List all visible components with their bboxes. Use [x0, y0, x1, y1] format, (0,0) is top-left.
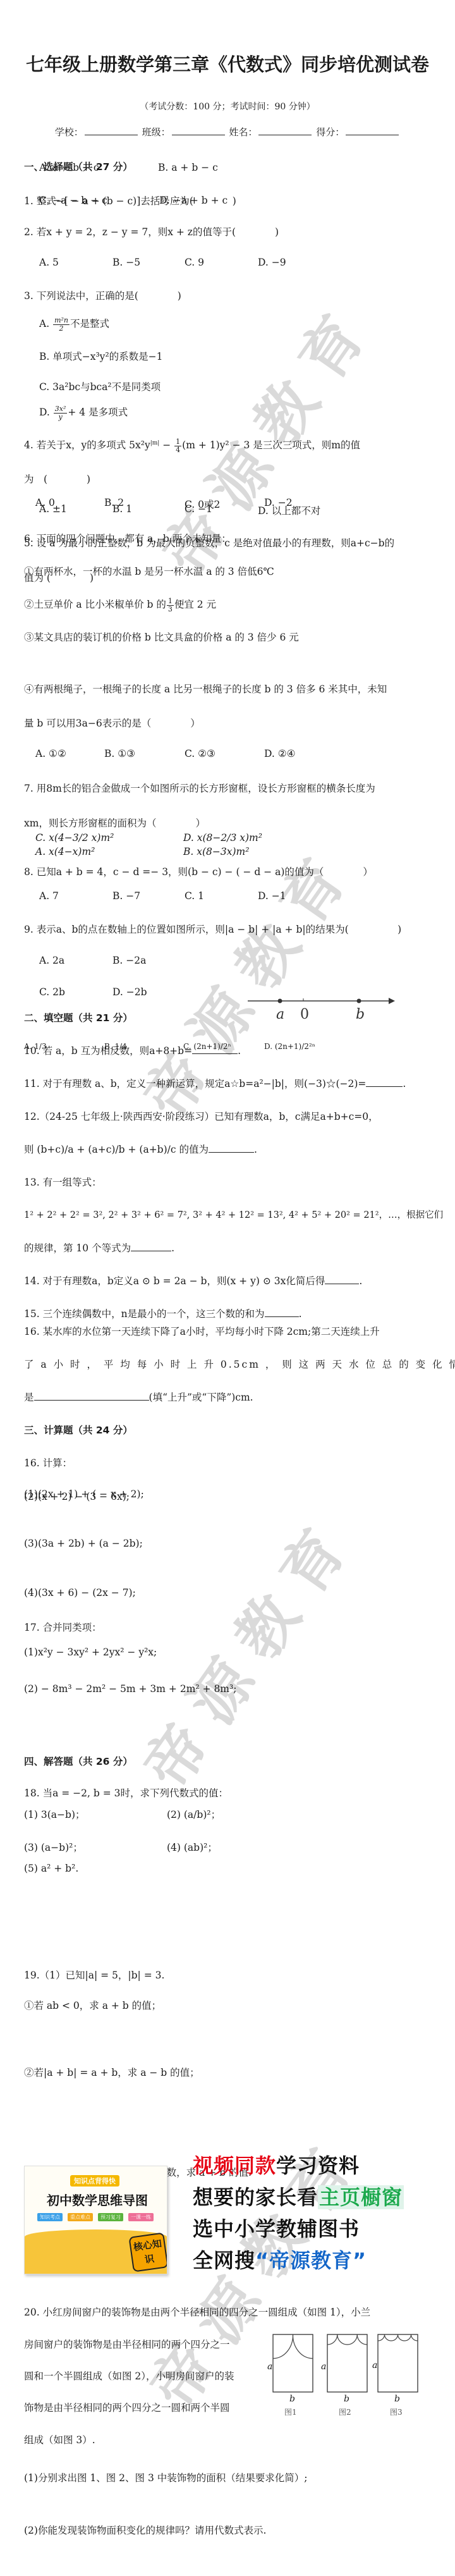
- q1-option-d[interactable]: D. −a + b + c: [159, 195, 227, 206]
- name-field[interactable]: [258, 126, 312, 135]
- q9-option-b[interactable]: B. −2a: [112, 955, 146, 966]
- watermark: 帝源教育: [121, 1495, 372, 1803]
- book-chip: 预习复习: [98, 2213, 123, 2221]
- q2-option-b[interactable]: B. −5: [112, 257, 140, 268]
- book-badge: 核心知识: [128, 2232, 167, 2272]
- q5-option-c[interactable]: C. 0或2: [185, 497, 220, 511]
- answer-blank[interactable]: [192, 1045, 238, 1054]
- answer-blank[interactable]: [366, 1077, 403, 1087]
- fraction: 13: [167, 598, 174, 613]
- q6-option-a[interactable]: A. ①②: [35, 748, 66, 759]
- q7-option-a[interactable]: A. x(4−x)m²: [35, 846, 95, 857]
- option-text: 不是整式: [70, 318, 109, 329]
- q8-option-a[interactable]: A. 7: [39, 890, 59, 902]
- question-19: 19.（1）已知|a| = 5，|b| = 3.: [24, 1968, 164, 1982]
- answer-blank[interactable]: [34, 1391, 149, 1401]
- question-20-cont: 饰物是由半径相同的两个四分之一圆和两个半圆: [24, 2400, 230, 2414]
- question-16-calc: 16. 计算：: [24, 1456, 72, 1469]
- page-title: 七年级上册数学第三章《代数式》同步培优测试卷: [0, 51, 455, 77]
- book-chip: 知识考点: [37, 2213, 63, 2221]
- q8-option-d[interactable]: D. −1: [258, 890, 286, 902]
- answer-blank[interactable]: [209, 1143, 254, 1153]
- fig1-bottom-label: b: [289, 2394, 295, 2404]
- book-title: 初中数学思维导图: [31, 2190, 164, 2209]
- question-16-cont: 了 a 小 时 ， 平 均 每 小 时 上 升 0.5cm ， 则 这 两 天 …: [24, 1357, 455, 1371]
- number-line-figure: [246, 996, 398, 1031]
- q3-option-d[interactable]: D. 3x²y+ 4 是多项式: [39, 405, 128, 421]
- question-20-cont: 房间窗户的装饰物是由半径相同的两个四分之一: [24, 2337, 230, 2351]
- fig2-side-label: a: [321, 2362, 326, 2372]
- question-8: 8. 已知a + b = 4，c − d =− 3，则(b − c) − ( −…: [24, 864, 373, 878]
- q3-option-b[interactable]: B. 单项式−x³y²的系数是−1: [39, 349, 163, 363]
- question-17: 17. 合并同类项：: [24, 1620, 102, 1634]
- question-15: 15. 三个连续偶数中，n是最小的一个，这三个数的和为.: [24, 1306, 302, 1320]
- q18-item-5: (5) a² + b².: [24, 1863, 78, 1874]
- score-label: 得分：: [316, 126, 344, 138]
- q9-option-a[interactable]: A. 2a: [39, 955, 64, 966]
- fig1-caption: 图1: [284, 2407, 297, 2417]
- combine-item-1: (1)x²y − 3xy² + 2yx² − y²x;: [24, 1647, 157, 1658]
- q18-item-4: (4) (ab)²；: [167, 1840, 217, 1854]
- option-label: A.: [39, 318, 49, 329]
- question-12: 12.（24-25 七年级上·陕西西安·阶段练习）已知有理数a，b，c满足a+b…: [24, 1109, 379, 1123]
- answer-blank[interactable]: [265, 1308, 299, 1317]
- question-4-cont: 为 ( ): [24, 472, 90, 486]
- fig3-bottom-label: b: [394, 2394, 400, 2404]
- calc-item-3: (3)(3a + 2b) + (a − 2b);: [24, 1538, 143, 1549]
- q7-option-d[interactable]: D. x(8−2/3 x)m²: [183, 832, 262, 843]
- q18-item-3: (3) (a−b)²；: [24, 1840, 83, 1854]
- q1-option-c[interactable]: C. −a − b − c: [39, 195, 107, 206]
- axis-label-a: a: [276, 1007, 284, 1022]
- option-label: D.: [39, 407, 50, 418]
- ad-line-4: 全网搜“帝源教育”: [193, 2245, 367, 2274]
- q9-option-d[interactable]: D. −2b: [112, 986, 147, 998]
- ad-line-2: 想要的家长看主页橱窗: [193, 2181, 404, 2211]
- question-11: 11. 对于有理数 a、b，定义一种新运算，规定a☆b=a²−|b|，则(−3)…: [24, 1076, 406, 1090]
- question-6-cont: 量 b 可以用3a−6表示的是（ ）: [24, 716, 200, 730]
- school-field[interactable]: [85, 126, 138, 135]
- q6-item-2: ②土豆单价 a 比小米椒单价 b 的13便宜 2 元: [24, 597, 216, 613]
- fig1-side-label: a: [267, 2362, 272, 2372]
- class-label: 班级：: [142, 126, 171, 138]
- student-info-row: 学校： 班级： 姓名： 得分：: [0, 125, 455, 138]
- window-figures: [265, 2332, 430, 2401]
- q8-option-c[interactable]: C. 1: [185, 890, 204, 902]
- question-13-equations: 1² + 2² + 2² = 3², 2² + 3² + 6² = 7², 3²…: [24, 1208, 443, 1221]
- book-tag: 知识点背得快: [70, 2175, 119, 2187]
- book-chip: 一课一练: [128, 2213, 154, 2221]
- q3-option-c[interactable]: C. 3a²bc与bca²不是同类项: [39, 379, 161, 393]
- class-field[interactable]: [172, 126, 225, 135]
- book-chip: 重点难点: [68, 2213, 93, 2221]
- combine-item-2: (2) − 8m³ − 2m² − 5m + 3m + 2m² + 8m³;: [24, 1683, 236, 1695]
- section-heading: 二、填空题（共 21 分）: [24, 1010, 133, 1024]
- question-16: 16. 某水库的水位第一天连续下降了a小时，平均每小时下降 2cm;第二天连续上…: [24, 1324, 380, 1338]
- question-7-cont: xm，则长方形窗框的面积为（ ）: [24, 816, 205, 830]
- fig3-side-label: a: [372, 2360, 377, 2371]
- q19-part-a: ①若 ab < 0，求 a + b 的值；: [24, 1998, 161, 2012]
- q9-option-c[interactable]: C. 2b: [39, 986, 65, 998]
- question-6: 6. 下面的四个问题中，都有 a，b 两个未知量：: [24, 531, 231, 545]
- q1-option-b[interactable]: B. a + b − c: [158, 162, 218, 173]
- q7-option-c[interactable]: C. x(4−3/2 x)m²: [35, 832, 114, 843]
- section-heading: 四、解答题（共 26 分）: [24, 1754, 133, 1768]
- ad-book-cover[interactable]: 知识点背得快 初中数学思维导图 知识考点 重点难点 预习复习 一课一练 核心知识: [24, 2166, 167, 2274]
- score-field[interactable]: [346, 126, 399, 135]
- fraction: 3x²y: [54, 405, 68, 421]
- q19-part-b: ②若|a + b| = a + b，求 a − b 的值；: [24, 2065, 200, 2079]
- q20-part-2: (2)你能发现装饰物面积变化的规律吗？请用代数式表示.: [24, 2523, 266, 2537]
- axis-label-b: b: [356, 1007, 365, 1022]
- q1-option-a[interactable]: A. a − b + c: [39, 162, 99, 173]
- question-4: 4. 若关于x，y的多项式 5x²y|m| − 14(m + 1)y² − 3 …: [24, 438, 360, 454]
- question-20-cont: 组成（如图 3）.: [24, 2432, 95, 2446]
- q6-item-4: ④有两根绳子，一根绳子的长度 a 比另一根绳子的长度 b 的 3 倍多 6 米其…: [24, 682, 387, 696]
- question-18: 18. 当a = −2, b = 3时，求下列代数式的值：: [24, 1786, 228, 1800]
- q6-item-1: ①有两杯水，一杯的水温 b 是另一杯水温 a 的 3 倍低6℃: [24, 564, 274, 578]
- q6-item-3: ③某文具店的装订机的价格 b 比文具盒的价格 a 的 3 倍少 6 元: [24, 630, 299, 644]
- question-16-cont2: 是(填“上升”或“下降”)cm.: [24, 1390, 253, 1404]
- question-2: 2. 若x + y = 2，z − y = 7，则x + z的值等于( ): [24, 224, 279, 238]
- q8-option-b[interactable]: B. −7: [112, 890, 140, 902]
- ad-line-1: 视频同款学习资料: [193, 2150, 360, 2179]
- fig2-bottom-label: b: [344, 2394, 349, 2404]
- section-heading: 三、计算题（共 24 分）: [24, 1423, 133, 1437]
- q2-option-c[interactable]: C. 9: [185, 257, 204, 268]
- q18-item-1: (1) 3(a−b)；: [24, 1807, 85, 1821]
- answer-blank[interactable]: [131, 1242, 171, 1251]
- answer-blank[interactable]: [325, 1275, 359, 1284]
- q2-option-d[interactable]: D. −9: [258, 257, 286, 268]
- q7-option-b[interactable]: B. x(8−3x)m²: [183, 846, 249, 857]
- q6-option-b[interactable]: B. ①③: [104, 748, 135, 759]
- question-20-cont: 圆和一个半圆组成（如图 2），小明房间窗户的装: [24, 2369, 234, 2383]
- fig3-caption: 图3: [390, 2407, 403, 2417]
- question-13-cont: 的规律，第 10 个等式为.: [24, 1241, 174, 1254]
- question-10: 10. 若 a，b 互为相反数，则a+8+b=.: [24, 1043, 241, 1057]
- q18-item-2: (2) (a/b)²；: [167, 1807, 221, 1821]
- q6-option-d[interactable]: D. ②④: [264, 748, 296, 759]
- calc-item-4: (4)(3x + 6) − (2x − 7);: [24, 1587, 136, 1598]
- question-9: 9. 表示a、b的点在数轴上的位置如图所示，则|a − b| + |a + b|…: [24, 922, 401, 936]
- exam-info: （考试分数：100 分；考试时间：90 分钟）: [0, 100, 455, 113]
- option-text: + 4 是多项式: [68, 407, 128, 418]
- question-13: 13. 有一组等式：: [24, 1175, 102, 1189]
- question-12-cont: 则 (b+c)/a + (a+c)/b + (a+b)/c 的值为.: [24, 1142, 257, 1156]
- fraction: 14: [174, 438, 181, 454]
- name-label: 姓名：: [229, 126, 257, 138]
- axis-label-0: 0: [300, 1007, 309, 1022]
- q5-option-a[interactable]: A. 0: [35, 497, 55, 508]
- question-14: 14. 对于有理数a，b定义a ⊙ b = 2a − b，则(x + y) ⊙ …: [24, 1273, 362, 1287]
- question-3: 3. 下列说法中，正确的是( ): [24, 288, 181, 302]
- fraction: m²n2: [53, 317, 70, 333]
- calc-item-2: (2)(x + 2) − (3 − 6x);: [24, 1491, 130, 1502]
- q2-option-a[interactable]: A. 5: [39, 257, 59, 268]
- q20-part-1: (1)分别求出图 1、图 2、图 3 中装饰物的面积（结果要求化简）;: [24, 2470, 307, 2484]
- school-label: 学校：: [55, 126, 83, 138]
- q5-option-b[interactable]: B. 2: [104, 497, 124, 508]
- q6-option-c[interactable]: C. ②③: [185, 748, 215, 759]
- q5-option-d[interactable]: D. −2: [264, 497, 293, 508]
- fig2-caption: 图2: [339, 2407, 351, 2417]
- question-7: 7. 用8m长的铝合金做成一个如图所示的长方形窗框，设长方形窗框的横条长度为: [24, 781, 375, 795]
- stray-option-d: D. (2n+1)/2²ⁿ: [264, 1042, 315, 1051]
- question-20: 20. 小红房间窗户的装饰物是由两个半径相同的四分之一圆组成（如图 1），小兰: [24, 2305, 370, 2319]
- ad-line-3: 选中小学教辅图书: [193, 2213, 360, 2242]
- q3-option-a[interactable]: A. m²n2不是整式: [39, 316, 109, 333]
